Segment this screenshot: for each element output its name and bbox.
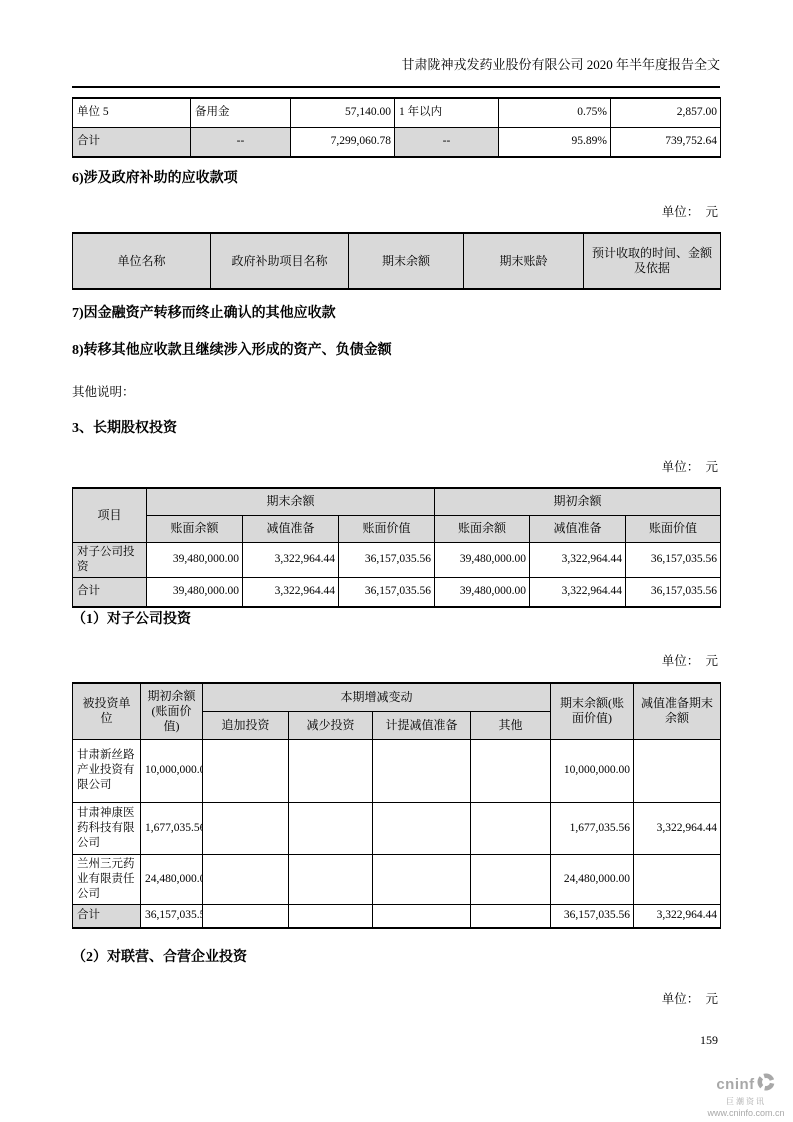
col-header-ending-balance: 期末余额(账面价值) [551, 683, 634, 739]
table-subheader-row: 账面余额 减值准备 账面价值 账面余额 减值准备 账面价值 [73, 515, 721, 542]
page-header-title: 甘肃陇神戎发药业股份有限公司 2020 年半年度报告全文 [72, 55, 720, 75]
col-header-unit-name: 单位名称 [73, 233, 211, 289]
table-row: 甘肃新丝路产业投资有限公司 10,000,000.00 10,000,000.0… [73, 739, 721, 802]
col-header-impairment-ending: 减值准备期末余额 [634, 683, 721, 739]
section-heading-3-2: （2）对联营、合营企业投资 [72, 949, 720, 967]
col-header-book-balance: 账面余额 [147, 515, 243, 542]
cell-value [471, 802, 551, 854]
table-row: 单位 5 备用金 57,140.00 1 年以内 0.75% 2,857.00 [73, 98, 721, 127]
cell-value [373, 854, 471, 904]
cell-value: 36,157,035.56 [626, 542, 721, 577]
cell-value [471, 854, 551, 904]
cell-total-label: 合计 [73, 127, 191, 157]
section-heading-3-1: （1）对子公司投资 [72, 611, 720, 629]
col-header-item: 项目 [73, 488, 147, 542]
cell-value [634, 854, 721, 904]
cell-value: 10,000,000.00 [551, 739, 634, 802]
cell-value [289, 739, 373, 802]
section-heading-8: 8)转移其他应收款且继续涉入形成的资产、负债金额 [72, 342, 720, 360]
col-header-book-value: 账面价值 [339, 515, 435, 542]
cell-value [289, 904, 373, 928]
table-row-total: 合计 39,480,000.00 3,322,964.44 36,157,035… [73, 577, 721, 607]
col-header-beginning-balance: 期初余额(账面价值) [141, 683, 203, 739]
cell-investee-name: 甘肃新丝路产业投资有限公司 [73, 739, 141, 802]
cell-total-ratio: 95.89% [499, 127, 611, 157]
table-header-row: 被投资单位 期初余额(账面价值) 本期增减变动 期末余额(账面价值) 减值准备期… [73, 683, 721, 711]
table-header-row: 单位名称 政府补助项目名称 期末余额 期末账龄 预计收取的时间、金额及依据 [73, 233, 721, 289]
cell-value [471, 739, 551, 802]
col-header-additional-investment: 追加投资 [203, 711, 289, 739]
cell-value: 3,322,964.44 [634, 904, 721, 928]
col-header-expected-collection: 预计收取的时间、金额及依据 [584, 233, 721, 289]
cell-total-amount: 7,299,060.78 [291, 127, 395, 157]
col-header-impairment: 减值准备 [530, 515, 626, 542]
report-page: 甘肃陇神戎发药业股份有限公司 2020 年半年度报告全文 单位 5 备用金 57… [0, 0, 793, 1122]
row-label: 对子公司投资 [73, 542, 147, 577]
cell-value [289, 802, 373, 854]
group-header-period-changes: 本期增减变动 [203, 683, 551, 711]
cell-dash: -- [395, 127, 499, 157]
cell-value: 1,677,035.56 [141, 802, 203, 854]
cell-value: 39,480,000.00 [147, 577, 243, 607]
col-header-subsidy-project: 政府补助项目名称 [211, 233, 349, 289]
cell-value: 3,322,964.44 [530, 577, 626, 607]
unit-label: 单位： 元 [72, 653, 718, 669]
table-row-total: 合计 36,157,035.56 36,157,035.56 3,322,964… [73, 904, 721, 928]
col-header-ending-balance: 期末余额 [349, 233, 464, 289]
cell-value: 39,480,000.00 [435, 542, 530, 577]
unit-label: 单位： 元 [72, 459, 718, 475]
col-header-other: 其他 [471, 711, 551, 739]
cell-ratio: 0.75% [499, 98, 611, 127]
col-header-reduced-investment: 减少投资 [289, 711, 373, 739]
cell-value: 36,157,035.56 [339, 542, 435, 577]
cell-nature: 备用金 [191, 98, 291, 127]
section-heading-7: 7)因金融资产转移而终止确认的其他应收款 [72, 305, 720, 323]
cell-value: 3,322,964.44 [243, 542, 339, 577]
group-header-beginning-balance: 期初余额 [435, 488, 721, 515]
unit-label: 单位： 元 [72, 991, 718, 1007]
cell-value [203, 802, 289, 854]
table-row: 对子公司投资 39,480,000.00 3,322,964.44 36,157… [73, 542, 721, 577]
cell-investee-name: 甘肃神康医药科技有限公司 [73, 802, 141, 854]
table-row: 甘肃神康医药科技有限公司 1,677,035.56 1,677,035.56 3… [73, 802, 721, 854]
cell-value: 24,480,000.00 [551, 854, 634, 904]
other-notes-label: 其他说明： [72, 384, 720, 400]
cell-value: 24,480,000.00 [141, 854, 203, 904]
cell-value [373, 739, 471, 802]
cell-value [289, 854, 373, 904]
page-number: 159 [72, 1033, 718, 1048]
cell-value [471, 904, 551, 928]
group-header-ending-balance: 期末余额 [147, 488, 435, 515]
cell-value [203, 854, 289, 904]
cell-value: 3,322,964.44 [530, 542, 626, 577]
table-row-total: 合计 -- 7,299,060.78 -- 95.89% 739,752.64 [73, 127, 721, 157]
cell-baddebt: 2,857.00 [611, 98, 721, 127]
cell-unit5: 单位 5 [73, 98, 191, 127]
table-row: 兰州三元药业有限责任公司 24,480,000.00 24,480,000.00 [73, 854, 721, 904]
subsidiary-investment-table: 被投资单位 期初余额(账面价值) 本期增减变动 期末余额(账面价值) 减值准备期… [72, 682, 721, 929]
cell-value [203, 904, 289, 928]
table-header-row: 项目 期末余额 期初余额 [73, 488, 721, 515]
cninfo-swirl-icon [756, 1072, 776, 1097]
cell-value [373, 802, 471, 854]
cninfo-logo-url: www.cninfo.com.cn [702, 1107, 790, 1119]
col-header-investee: 被投资单位 [73, 683, 141, 739]
col-header-impairment: 减值准备 [243, 515, 339, 542]
cell-value [203, 739, 289, 802]
cell-value: 39,480,000.00 [147, 542, 243, 577]
header-rule [72, 86, 720, 88]
cell-value: 10,000,000.00 [141, 739, 203, 802]
cell-value: 3,322,964.44 [243, 577, 339, 607]
cell-value: 39,480,000.00 [435, 577, 530, 607]
cell-value: 1,677,035.56 [551, 802, 634, 854]
cell-value: 36,157,035.56 [551, 904, 634, 928]
cninfo-logo: cninf 巨潮资讯 www.cninfo.com.cn [702, 1072, 790, 1119]
col-header-impairment-provision: 计提减值准备 [373, 711, 471, 739]
cell-amount: 57,140.00 [291, 98, 395, 127]
cell-value: 36,157,035.56 [626, 577, 721, 607]
cninfo-logo-caption: 巨潮资讯 [702, 1097, 790, 1107]
unit-label: 单位： 元 [72, 204, 718, 220]
equity-investment-table: 项目 期末余额 期初余额 账面余额 减值准备 账面价值 账面余额 减值准备 账面… [72, 487, 721, 608]
cell-value: 36,157,035.56 [141, 904, 203, 928]
col-header-book-value: 账面价值 [626, 515, 721, 542]
cell-value: 3,322,964.44 [634, 802, 721, 854]
cell-total-label: 合计 [73, 904, 141, 928]
cninfo-logo-text: cninf [716, 1076, 754, 1093]
row-label-total: 合计 [73, 577, 147, 607]
cell-value [373, 904, 471, 928]
cell-value: 36,157,035.56 [339, 577, 435, 607]
government-subsidy-table: 单位名称 政府补助项目名称 期末余额 期末账龄 预计收取的时间、金额及依据 [72, 232, 721, 290]
cell-investee-name: 兰州三元药业有限责任公司 [73, 854, 141, 904]
cell-aging: 1 年以内 [395, 98, 499, 127]
cell-dash: -- [191, 127, 291, 157]
section-heading-6: 6)涉及政府补助的应收款项 [72, 170, 720, 188]
cell-value [634, 739, 721, 802]
cell-total-baddebt: 739,752.64 [611, 127, 721, 157]
col-header-book-balance: 账面余额 [435, 515, 530, 542]
section-heading-3: 3、长期股权投资 [72, 420, 720, 438]
receivables-aging-table: 单位 5 备用金 57,140.00 1 年以内 0.75% 2,857.00 … [72, 97, 721, 158]
col-header-ending-aging: 期末账龄 [464, 233, 584, 289]
